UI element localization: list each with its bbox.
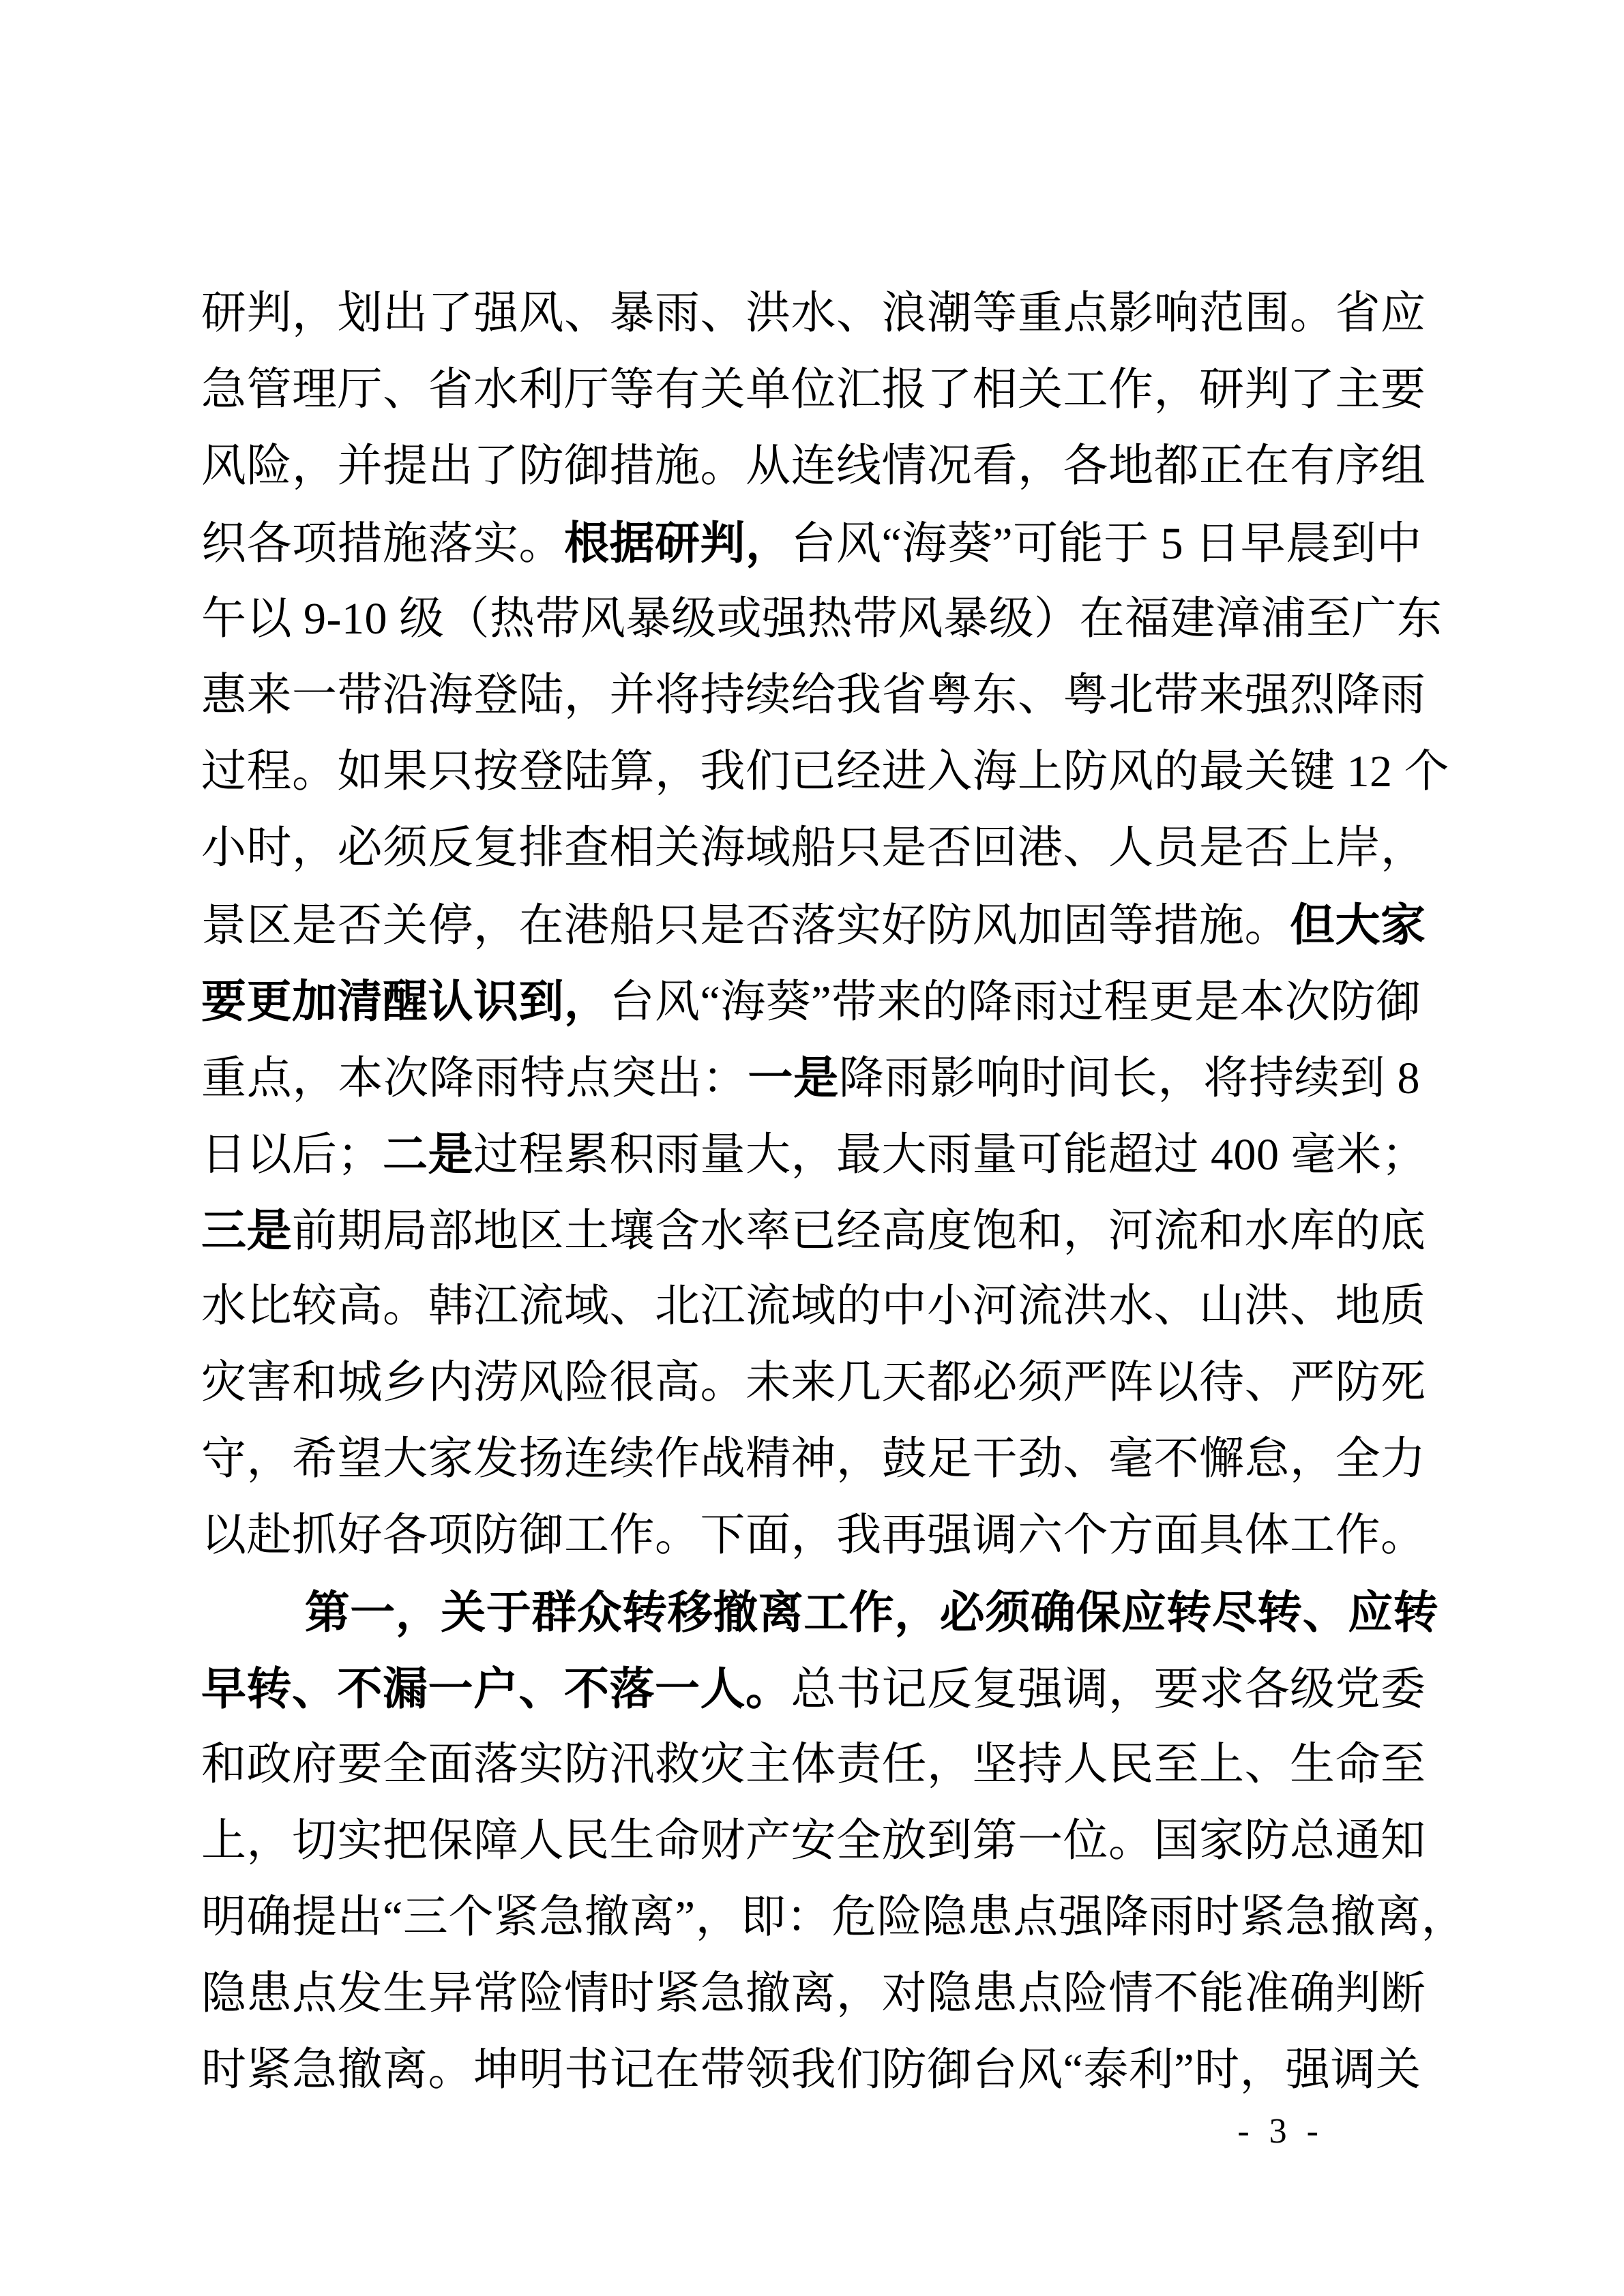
text-segment: 早转、不漏一户、不落一人。	[201, 1663, 791, 1714]
text-segment: 灾害和城乡内涝风险很高。未来几天都必须严阵以待、严防死	[201, 1358, 1426, 1407]
text-segment: 急管理厅、省水利厅等有关单位汇报了相关工作，研判了主要	[201, 365, 1426, 415]
text-line: 日以后；二是过程累积雨量大，最大雨量可能超过 400 毫米；	[201, 1116, 1420, 1192]
text-segment: 小时，必须反复排查相关海域船只是否回港、人员是否上岸，	[201, 823, 1426, 873]
text-segment: 重点，本次降雨特点突出：	[201, 1054, 748, 1103]
text-segment: 和政府要全面落实防汛救灾主体责任，坚持人民至上、生命至	[201, 1740, 1426, 1789]
text-segment: 前期局部地区土壤含水率已经高度饱和，河流和水库的底	[292, 1206, 1426, 1256]
text-line: 重点，本次降雨特点突出：一是降雨影响时间长，将持续到 8	[201, 1039, 1420, 1116]
text-segment: 上，切实把保障人民生命财产安全放到第一位。国家防总通知	[201, 1816, 1426, 1866]
body-text: 研判，划出了强风、暴雨、洪水、浪潮等重点影响范围。省应急管理厅、省水利厅等有关单…	[201, 275, 1420, 2108]
text-line: 灾害和城乡内涝风险很高。未来几天都必须严阵以待、严防死	[201, 1345, 1420, 1421]
text-line: 要更加清醒认识到，台风“海葵”带来的降雨过程更是本次防御	[201, 963, 1420, 1039]
text-segment: 要更加清醒认识到，	[201, 976, 610, 1026]
text-segment: 但大家	[1290, 899, 1426, 950]
text-segment: 守，希望大家发扬连续作战精神，鼓足干劲、毫不懈怠，全力	[201, 1434, 1426, 1484]
text-segment: 第一，关于群众转移撤离工作，必须确保应转尽转、应转	[305, 1587, 1439, 1637]
text-segment: 过程累积雨量大，最大雨量可能超过 400 毫米；	[473, 1130, 1427, 1180]
text-line: 织各项措施落实。根据研判，台风“海葵”可能于 5 日早晨到中	[201, 505, 1420, 581]
text-line: 风险，并提出了防御措施。从连线情况看，各地都正在有序组	[201, 428, 1420, 505]
text-segment: 午以 9-10 级（热带风暴级或强热带风暴级）在福建漳浦至广东	[201, 594, 1442, 644]
page-number: - 3 -	[1237, 2111, 1324, 2152]
text-segment: 风险，并提出了防御措施。从连线情况看，各地都正在有序组	[201, 441, 1426, 491]
text-line: 三是前期局部地区土壤含水率已经高度饱和，河流和水库的底	[201, 1192, 1420, 1268]
text-segment: 总书记反复强调，要求各级党委	[791, 1665, 1426, 1714]
text-segment: 惠来一带沿海登陆，并将持续给我省粤东、粤北带来强烈降雨	[201, 670, 1426, 720]
text-segment: 隐患点发生异常险情时紧急撤离，对隐患点险情不能准确判断	[201, 1969, 1426, 2018]
text-line: 景区是否关停，在港船只是否落实好防风加固等措施。但大家	[201, 886, 1420, 963]
text-line: 明确提出“三个紧急撤离”，即：危险隐患点强降雨时紧急撤离，	[201, 1879, 1420, 1956]
text-line: 第一，关于群众转移撤离工作，必须确保应转尽转、应转	[201, 1574, 1420, 1650]
text-line: 隐患点发生异常险情时紧急撤离，对隐患点险情不能准确判断	[201, 1956, 1420, 2032]
text-line: 惠来一带沿海登陆，并将持续给我省粤东、粤北带来强烈降雨	[201, 657, 1420, 734]
text-line: 时紧急撤离。坤明书记在带领我们防御台风“泰利”时，强调关	[201, 2032, 1420, 2108]
text-segment: 水比较高。韩江流域、北江流域的中小河流洪水、山洪、地质	[201, 1281, 1426, 1331]
text-line: 研判，划出了强风、暴雨、洪水、浪潮等重点影响范围。省应	[201, 275, 1420, 352]
text-segment: 降雨影响时间长，将持续到 8	[839, 1054, 1420, 1103]
text-line: 守，希望大家发扬连续作战精神，鼓足干劲、毫不懈怠，全力	[201, 1421, 1420, 1497]
text-line: 早转、不漏一户、不落一人。总书记反复强调，要求各级党委	[201, 1650, 1420, 1727]
text-line: 午以 9-10 级（热带风暴级或强热带风暴级）在福建漳浦至广东	[201, 581, 1420, 657]
text-line: 过程。如果只按登陆算，我们已经进入海上防风的最关键 12 个	[201, 734, 1420, 810]
text-line: 小时，必须反复排查相关海域船只是否回港、人员是否上岸，	[201, 810, 1420, 886]
text-segment: 明确提出“三个紧急撤离”，即：危险隐患点强降雨时紧急撤离，	[201, 1892, 1466, 1942]
text-segment: 台风“海葵”可能于 5 日早晨到中	[791, 519, 1422, 569]
text-segment: 三是	[201, 1205, 292, 1255]
text-line: 和政府要全面落实防汛救灾主体责任，坚持人民至上、生命至	[201, 1727, 1420, 1803]
text-segment: 过程。如果只按登陆算，我们已经进入海上防风的最关键 12 个	[201, 747, 1449, 796]
text-segment: 根据研判，	[564, 518, 791, 568]
text-segment: 时紧急撤离。坤明书记在带领我们防御台风“泰利”时，强调关	[201, 2045, 1421, 2095]
text-segment: 研判，划出了强风、暴雨、洪水、浪潮等重点影响范围。省应	[201, 288, 1426, 338]
text-segment: 以赴抓好各项防御工作。下面，我再强调六个方面具体工作。	[201, 1510, 1426, 1560]
document-page: 研判，划出了强风、暴雨、洪水、浪潮等重点影响范围。省应急管理厅、省水利厅等有关单…	[0, 0, 1624, 2296]
text-segment: 一是	[748, 1052, 839, 1103]
text-line: 上，切实把保障人民生命财产安全放到第一位。国家防总通知	[201, 1803, 1420, 1879]
text-segment: 景区是否关停，在港船只是否落实好防风加固等措施。	[201, 901, 1290, 951]
text-line: 急管理厅、省水利厅等有关单位汇报了相关工作，研判了主要	[201, 352, 1420, 428]
text-segment: 二是	[383, 1129, 473, 1179]
text-segment: 织各项措施落实。	[201, 519, 564, 569]
text-segment: 日以后；	[201, 1130, 383, 1180]
text-line: 水比较高。韩江流域、北江流域的中小河流洪水、山洪、地质	[201, 1268, 1420, 1345]
text-segment: 台风“海葵”带来的降雨过程更是本次防御	[610, 977, 1421, 1027]
text-line: 以赴抓好各项防御工作。下面，我再强调六个方面具体工作。	[201, 1497, 1420, 1574]
